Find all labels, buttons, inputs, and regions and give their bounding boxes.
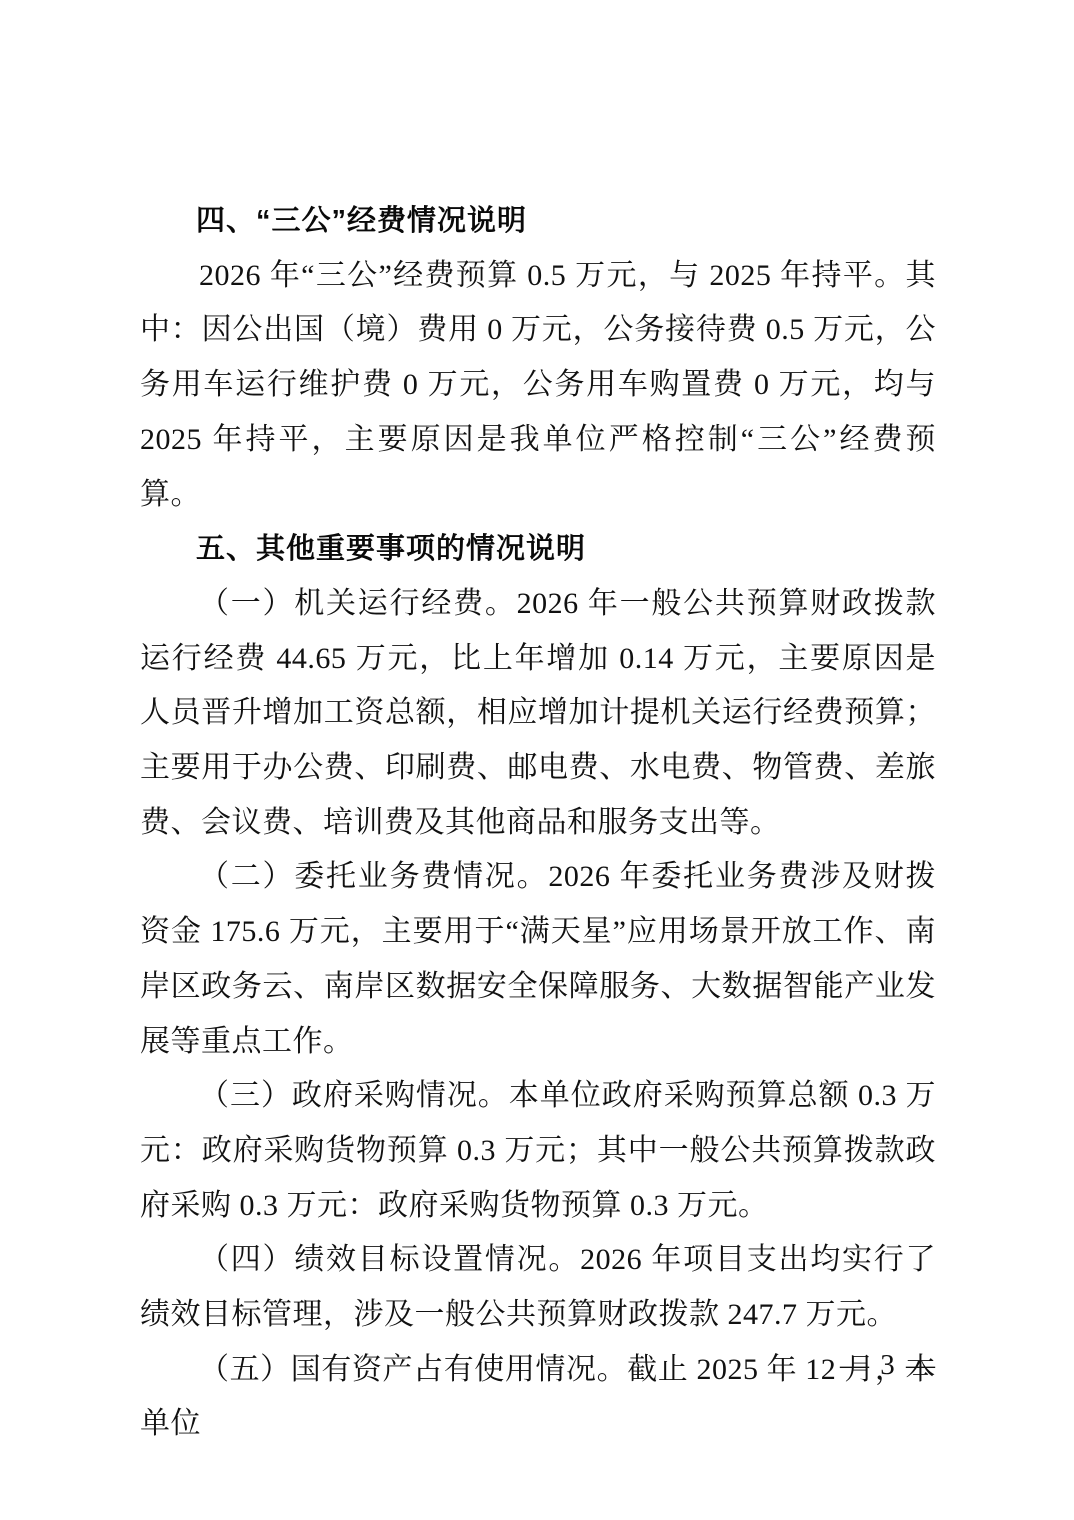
paragraph-lead: （四）绩效目标设置情况。 [199, 1242, 580, 1277]
page-number: — 3 — [840, 1345, 937, 1385]
paragraph-agency-operating-expenses: （一）机关运行经费。2026 年一般公共预算财政拨款运行经费 44.65 万元，… [140, 577, 936, 851]
document-page: 四、“三公”经费情况说明 2026 年“三公”经费预算 0.5 万元，与 202… [0, 0, 1074, 1520]
paragraph-lead: （二）委托业务费情况。 [199, 859, 548, 894]
paragraph-three-public-funds: 2026 年“三公”经费预算 0.5 万元，与 2025 年持平。其中：因公出国… [140, 249, 936, 523]
section-heading-other-important-matters: 五、其他重要事项的情况说明 [140, 522, 936, 577]
paragraph-lead: （一）机关运行经费。 [199, 586, 517, 621]
paragraph-text: 2026 年“三公”经费预算 0.5 万元，与 2025 年持平。其中：因公出国… [140, 259, 936, 511]
document-body: 四、“三公”经费情况说明 2026 年“三公”经费预算 0.5 万元，与 202… [140, 194, 936, 1452]
paragraph-state-owned-assets: （五）国有资产占有使用情况。截止 2025 年 12 月，本单位 [140, 1343, 936, 1452]
paragraph-lead: （三）政府采购情况。 [199, 1078, 509, 1113]
paragraph-government-procurement: （三）政府采购情况。本单位政府采购预算总额 0.3 万元：政府采购货物预算 0.… [140, 1069, 936, 1233]
paragraph-text: 2026 年一般公共预算财政拨款运行经费 44.65 万元，比上年增加 0.14… [140, 587, 936, 839]
section-heading-three-public-funds: 四、“三公”经费情况说明 [140, 194, 936, 249]
paragraph-lead: （五）国有资产占有使用情况。 [199, 1352, 627, 1387]
paragraph-entrusted-business-fees: （二）委托业务费情况。2026 年委托业务费涉及财拨资金 175.6 万元，主要… [140, 850, 936, 1069]
paragraph-performance-targets: （四）绩效目标设置情况。2026 年项目支出均实行了绩效目标管理，涉及一般公共预… [140, 1233, 936, 1342]
